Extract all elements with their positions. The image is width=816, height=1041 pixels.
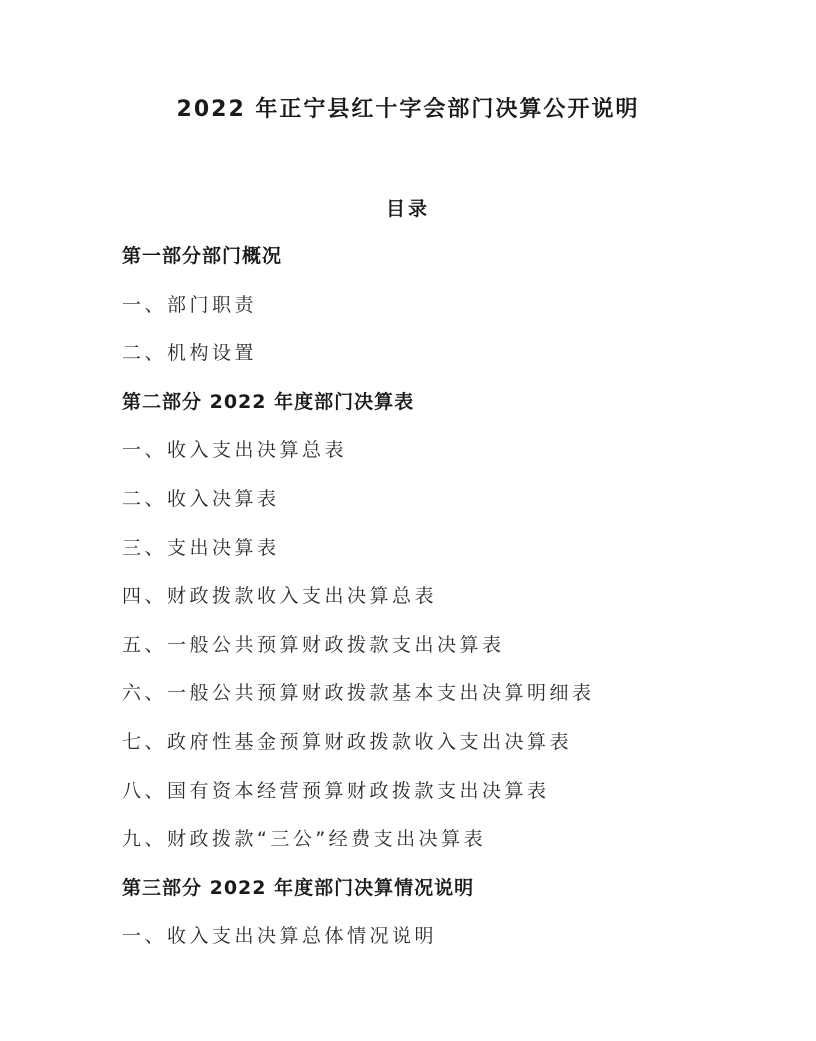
document-page: 2022 年正宁县红十字会部门决算公开说明 目录 第一部分部门概况 一、部门职责… xyxy=(0,0,816,1041)
toc-part-2: 第二部分 2022 年度部门决算表 xyxy=(122,388,595,437)
toc-part-1: 第一部分部门概况 xyxy=(122,242,595,291)
toc-item: 三、支出决算表 xyxy=(122,534,595,583)
toc-item: 二、机构设置 xyxy=(122,339,595,388)
toc-item: 二、收入决算表 xyxy=(122,485,595,534)
toc-item: 四、财政拨款收入支出决算总表 xyxy=(122,582,595,631)
toc-item: 一、收入支出决算总表 xyxy=(122,436,595,485)
toc-item: 一、部门职责 xyxy=(122,291,595,340)
toc-item: 一、收入支出决算总体情况说明 xyxy=(122,922,595,971)
toc-item: 五、一般公共预算财政拨款支出决算表 xyxy=(122,631,595,680)
toc-item: 八、国有资本经营预算财政拨款支出决算表 xyxy=(122,777,595,826)
toc-item: 九、财政拨款“三公”经费支出决算表 xyxy=(122,825,595,874)
table-of-contents: 第一部分部门概况 一、部门职责 二、机构设置 第二部分 2022 年度部门决算表… xyxy=(122,242,595,971)
toc-item: 六、一般公共预算财政拨款基本支出决算明细表 xyxy=(122,679,595,728)
toc-item: 七、政府性基金预算财政拨款收入支出决算表 xyxy=(122,728,595,777)
document-title: 2022 年正宁县红十字会部门决算公开说明 xyxy=(0,92,816,123)
toc-part-3: 第三部分 2022 年度部门决算情况说明 xyxy=(122,874,595,923)
toc-heading: 目录 xyxy=(0,194,816,221)
